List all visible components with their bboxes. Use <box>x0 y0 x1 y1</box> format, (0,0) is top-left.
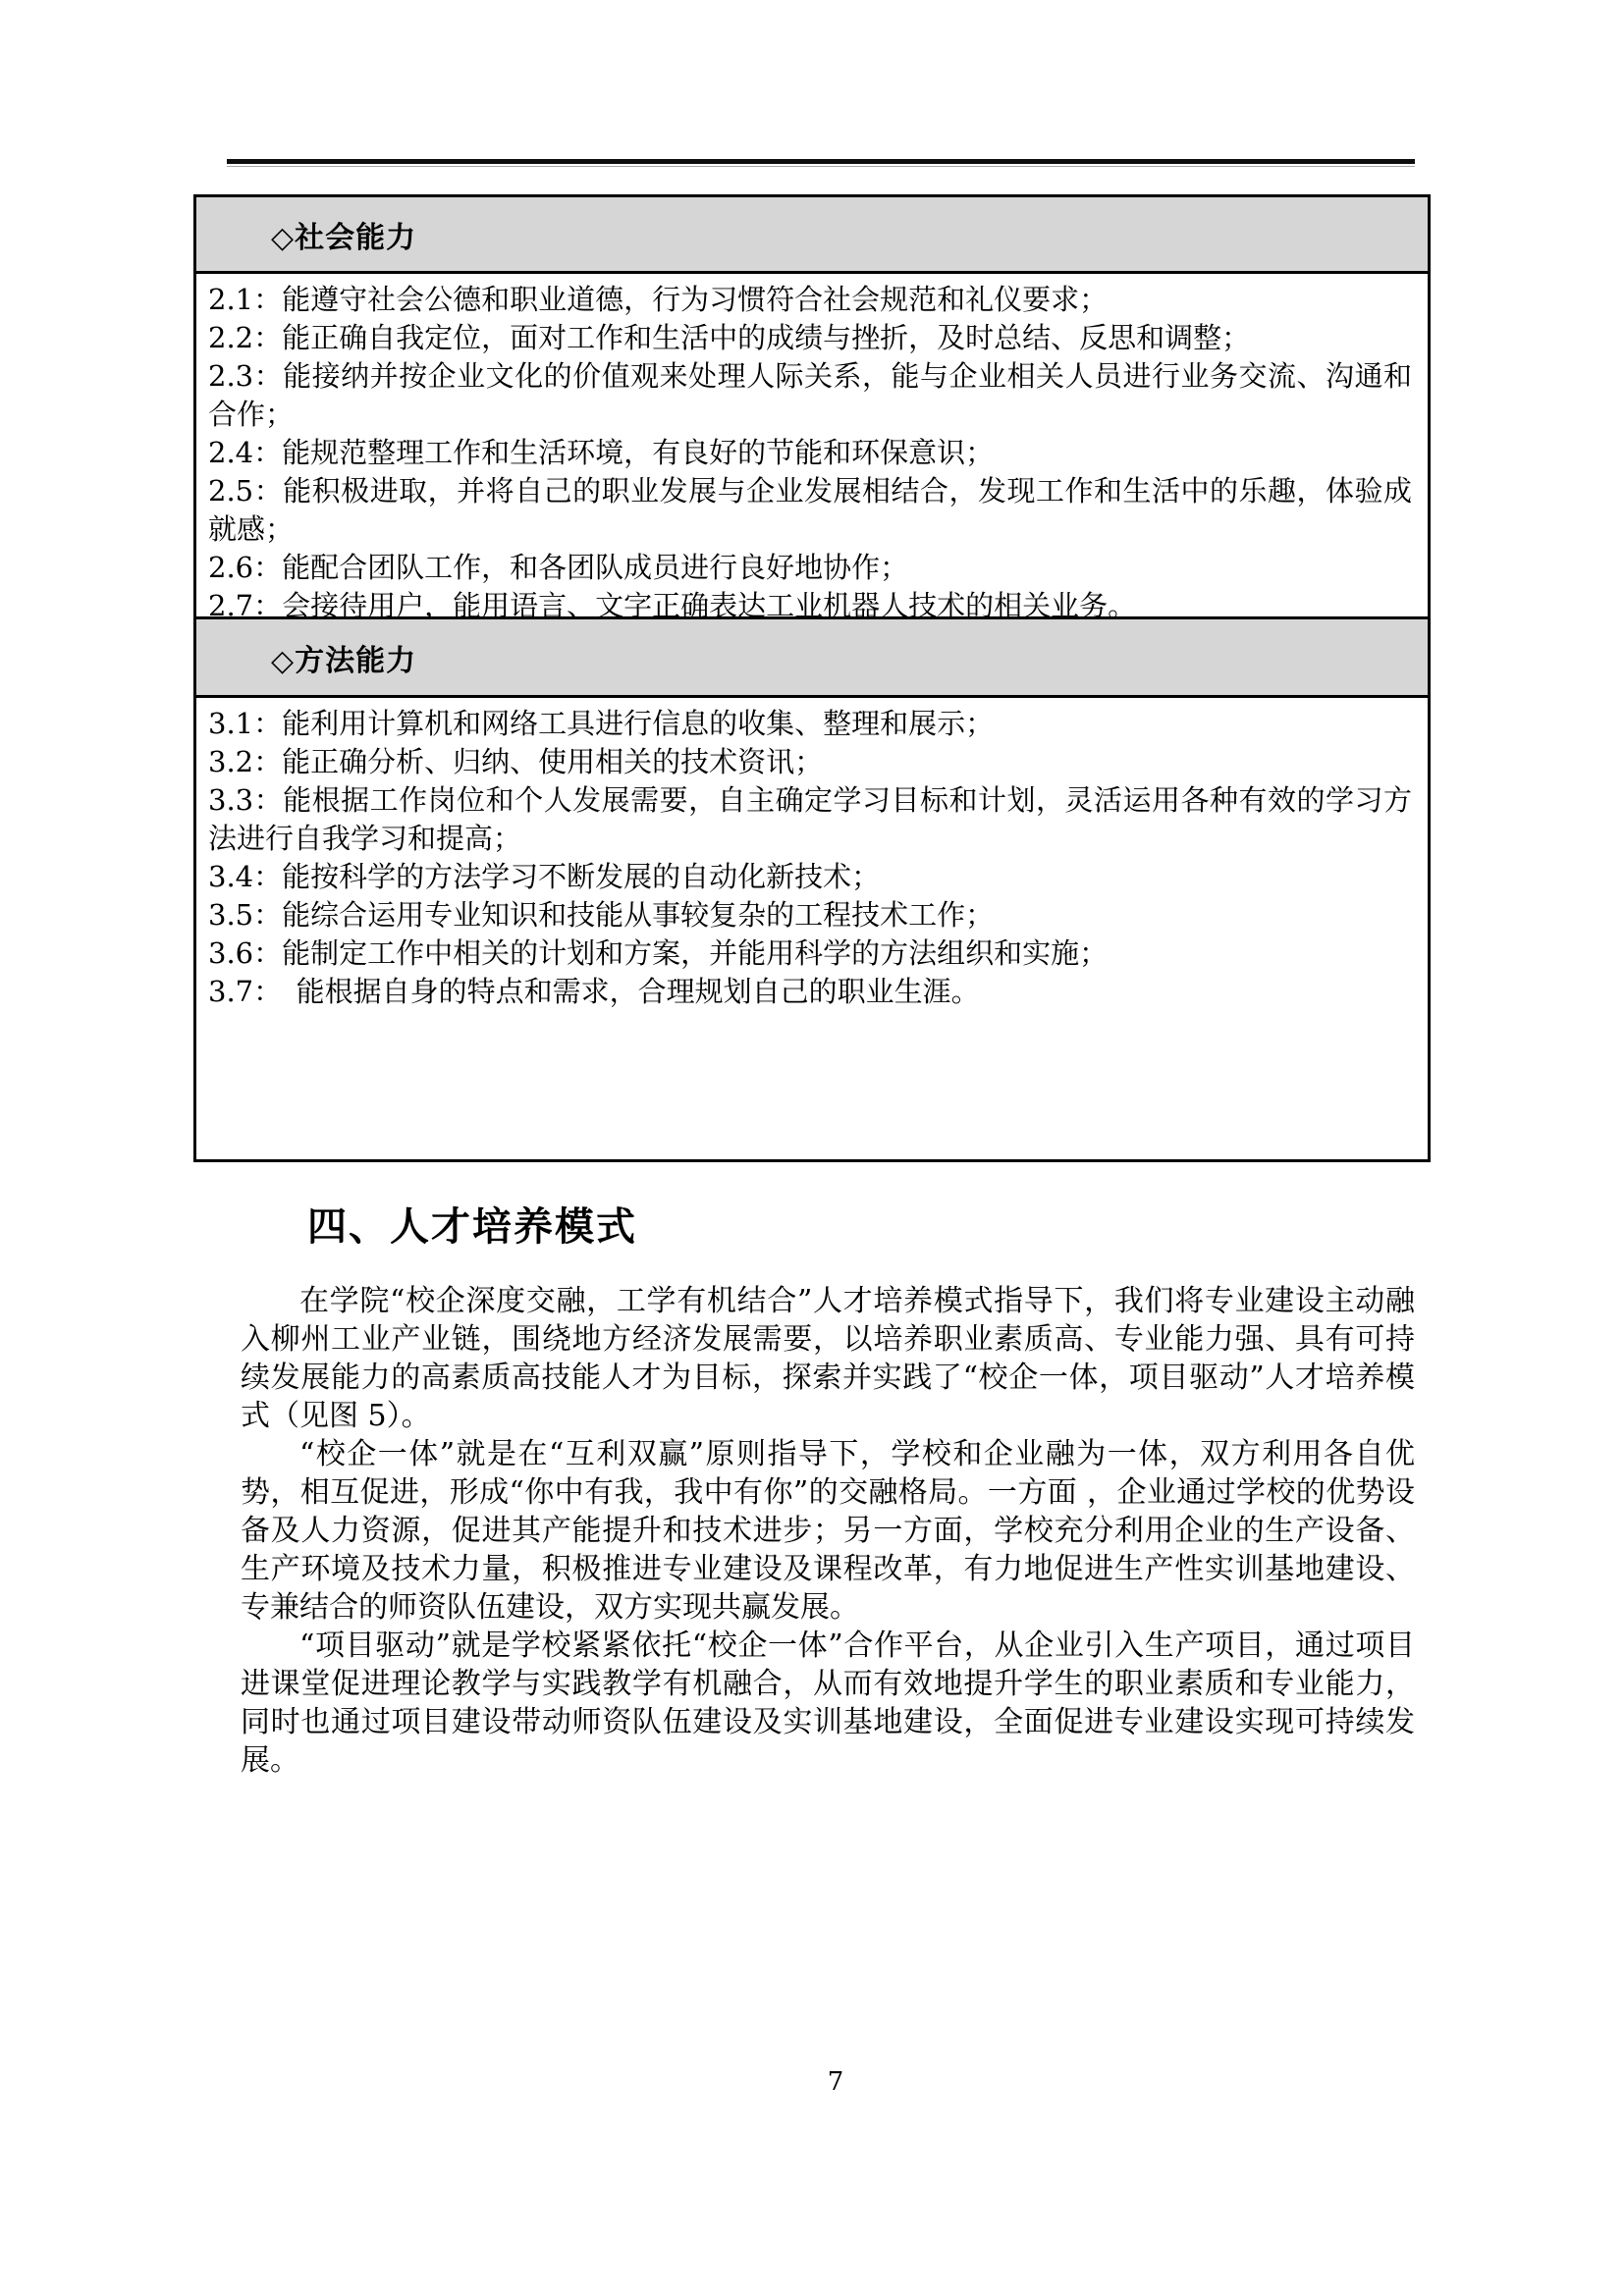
table-item: 2.3：能接纳并按企业文化的价值观来处理人际关系，能与企业相关人员进行业务交流、… <box>208 357 1412 434</box>
table-section-body-method: 3.1：能利用计算机和网络工具进行信息的收集、整理和展示； 3.2：能正确分析、… <box>196 698 1428 1159</box>
table-item: 2.2：能正确自我定位，面对工作和生活中的成绩与挫折，及时总结、反思和调整； <box>208 319 1412 357</box>
header-rule <box>227 159 1415 167</box>
paragraph: 在学院“校企深度交融，工学有机结合”人才培养模式指导下，我们将专业建设主动融入柳… <box>241 1282 1415 1435</box>
table-section-body-social: 2.1：能遵守社会公德和职业道德，行为习惯符合社会规范和礼仪要求； 2.2：能正… <box>196 274 1428 619</box>
table-item: 3.5：能综合运用专业知识和技能从事较复杂的工程技术工作； <box>208 896 1412 934</box>
table-item: 3.3：能根据工作岗位和个人发展需要，自主确定学习目标和计划，灵活运用各种有效的… <box>208 781 1412 858</box>
table-item: 3.1：能利用计算机和网络工具进行信息的收集、整理和展示； <box>208 705 1412 743</box>
table-item: 2.5：能积极进取，并将自己的职业发展与企业发展相结合，发现工作和生活中的乐趣，… <box>208 472 1412 549</box>
document-page: { "table": { "sections": [ { "header": "… <box>0 0 1624 2296</box>
table-section-header-method-label: ◇方法能力 <box>271 636 416 679</box>
table-item: 3.7： 能根据自身的特点和需求，合理规划自己的职业生涯。 <box>208 973 1412 1011</box>
paragraph: “项目驱动”就是学校紧紧依托“校企一体”合作平台，从企业引入生产项目，通过项目进… <box>241 1627 1415 1780</box>
table-section-header-method: ◇方法能力 <box>196 619 1428 698</box>
section-heading: 四、人才培养模式 <box>307 1196 637 1252</box>
table-item: 3.6：能制定工作中相关的计划和方案，并能用科学的方法组织和实施； <box>208 934 1412 973</box>
paragraph: “校企一体”就是在“互利双赢”原则指导下，学校和企业融为一体，双方利用各自优势，… <box>241 1435 1415 1627</box>
table-item: 3.4：能按科学的方法学习不断发展的自动化新技术； <box>208 858 1412 896</box>
capability-table: ◇社会能力 2.1：能遵守社会公德和职业道德，行为习惯符合社会规范和礼仪要求； … <box>193 194 1431 1162</box>
body-paragraphs: 在学院“校企深度交融，工学有机结合”人才培养模式指导下，我们将专业建设主动融入柳… <box>241 1282 1415 1780</box>
table-item: 2.6：能配合团队工作，和各团队成员进行良好地协作； <box>208 549 1412 587</box>
page-number: 7 <box>0 2067 1624 2097</box>
table-section-header-social: ◇社会能力 <box>196 197 1428 274</box>
table-item: 2.1：能遵守社会公德和职业道德，行为习惯符合社会规范和礼仪要求； <box>208 281 1412 319</box>
table-item: 2.4：能规范整理工作和生活环境，有良好的节能和环保意识； <box>208 434 1412 472</box>
table-item: 3.2：能正确分析、归纳、使用相关的技术资讯； <box>208 743 1412 781</box>
table-section-header-social-label: ◇社会能力 <box>271 213 416 256</box>
